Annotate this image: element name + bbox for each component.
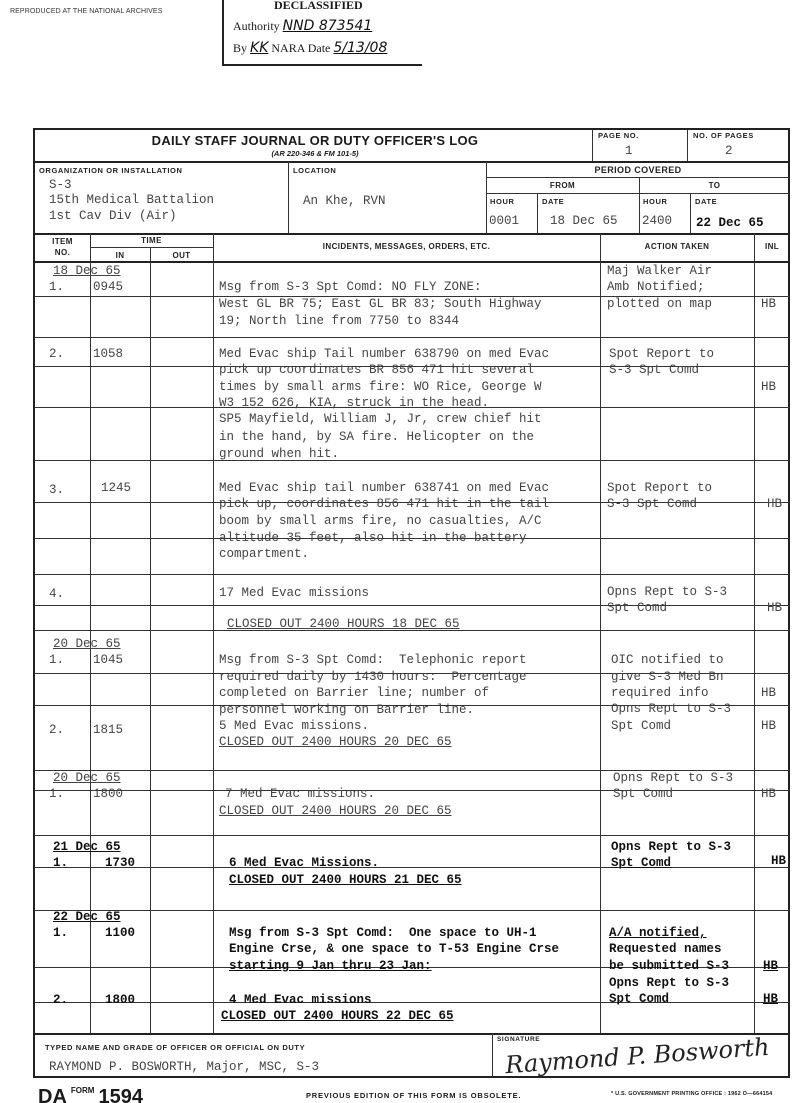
entry-text-line: West GL BR 75; East GL BR 83; South High… <box>219 296 542 313</box>
entry-text-line: 6 Med Evac Missions. <box>229 855 379 872</box>
entry-text-line: starting 9 Jan thru 23 Jan: <box>229 958 432 975</box>
entry-text-line: 5 Med Evac missions. <box>219 718 369 735</box>
entry-initials: HB <box>771 853 786 870</box>
typed-name-label: TYPED NAME AND GRADE OF OFFICER OR OFFIC… <box>45 1043 305 1052</box>
entry-text-line: Msg from S-3 Spt Comd: One space to UH-1 <box>229 925 537 942</box>
entry-time-in: 1245 <box>101 480 131 497</box>
entry-text-line: 17 Med Evac missions <box>219 585 369 602</box>
entry-date: 20 Dec 65 <box>53 636 121 653</box>
page-no-value: 1 <box>625 143 633 160</box>
entry-initials: HB <box>761 786 776 803</box>
entry-text-line: boom by small arms fire, no casualties, … <box>219 513 542 530</box>
inl-header: INL <box>754 242 790 251</box>
entry-action-line: give S-3 Med Bn <box>611 669 724 686</box>
stamp-nara-date-label: NARA Date <box>271 41 330 55</box>
from-date-value: 18 Dec 65 <box>550 213 618 230</box>
entry-text-line: altitude 35 feet, also hit in the batter… <box>219 530 527 547</box>
from-date-label: DATE <box>542 197 564 206</box>
organization-line-3: 1st Cav Div (Air) <box>49 208 177 225</box>
gpo-note: * U.S. GOVERNMENT PRINTING OFFICE : 1962… <box>611 1091 772 1097</box>
form-prefix: DA <box>38 1086 67 1103</box>
entry-initials: HB <box>761 296 776 313</box>
entry-date: 21 Dec 65 <box>53 839 121 856</box>
form-title: DAILY STAFF JOURNAL OR DUTY OFFICER'S LO… <box>35 133 595 148</box>
entry-text-line: in the hand, by SA fire. Helicopter on t… <box>219 429 534 446</box>
entry-item-no: 3. <box>49 482 64 499</box>
entry-item-no: 1. <box>53 855 68 872</box>
entry-action-line: S-3 Spt Comd <box>607 496 697 513</box>
entry-action-line: Requested names <box>609 941 722 958</box>
item-header-line1: ITEM <box>35 237 90 246</box>
entry-time-in: 0945 <box>93 279 123 296</box>
to-label: TO <box>639 181 790 190</box>
entry-text-line: pick up coordinates BR 856 471 hit sever… <box>219 362 534 379</box>
entry-action-line: Opns Rept to S-3 <box>613 770 733 787</box>
entry-action-line: Spt Comd <box>607 600 667 617</box>
signature: Raymond P. Bosworth <box>504 1033 770 1079</box>
entry-text-line: Med Evac ship Tail number 638790 on med … <box>219 346 549 363</box>
entry-text-line: Msg from S-3 Spt Comd: Telephonic report <box>219 652 527 669</box>
no-of-pages-label: NO. OF PAGES <box>693 131 754 140</box>
to-date-value: 22 Dec 65 <box>696 215 764 232</box>
from-hour-label: HOUR <box>490 197 514 206</box>
stamp-authority-line: Authority NND 873541 <box>233 18 372 34</box>
location-value: An Khe, RVN <box>303 193 386 210</box>
entry-action-line: A/A notified, <box>609 925 707 942</box>
entry-action-line: Spt Comd <box>611 855 671 872</box>
entry-initials: HB <box>767 496 782 513</box>
time-out-header: OUT <box>150 251 213 260</box>
entry-action-line: S-3 Spt Comd <box>609 362 699 379</box>
time-in-header: IN <box>90 251 150 260</box>
entry-action-line: required info <box>611 685 709 702</box>
entry-action-line: Spt Comd <box>609 991 669 1008</box>
entry-text-line: times by small arms fire: WO Rice, Georg… <box>219 379 542 396</box>
entry-action-line: Opns Rept to S-3 <box>611 839 731 856</box>
entry-date: 20 Dec 65 <box>53 770 121 787</box>
entry-action-line: Spot Report to <box>609 346 714 363</box>
entry-text-line: 4 Med Evac missions <box>229 992 372 1009</box>
entry-text-line: personnel working on Barrier line. <box>219 702 474 719</box>
entry-text-line: Engine Crse, & one space to T-53 Engine … <box>229 941 559 958</box>
typed-name-value: RAYMOND P. BOSWORTH, Major, MSC, S-3 <box>49 1059 319 1076</box>
from-hour-value: 0001 <box>489 213 519 230</box>
entry-time-in: 1730 <box>105 855 135 872</box>
entry-date: 18 Dec 65 <box>53 263 121 280</box>
entry-action-line: be submitted S-3 <box>609 958 729 975</box>
stamp-by-line: By KK NARA Date 5/13/08 <box>233 40 387 56</box>
archives-note: REPRODUCED AT THE NATIONAL ARCHIVES <box>10 8 162 15</box>
entry-closed-out: CLOSED OUT 2400 HOURS 20 DEC 65 <box>219 734 452 751</box>
no-of-pages-value: 2 <box>725 143 733 160</box>
entry-closed-out: CLOSED OUT 2400 HOURS 22 DEC 65 <box>221 1008 454 1025</box>
entry-text-line: SP5 Mayfield, William J, Jr, crew chief … <box>219 411 542 428</box>
entry-initials: HB <box>767 600 782 617</box>
entry-action-line: Amb Notified; <box>607 279 705 296</box>
entry-text-line: pick up, coordinates 856 471 hit in the … <box>219 496 549 513</box>
stamp-title: DECLASSIFIED <box>274 0 363 13</box>
entry-initials: HB <box>763 991 778 1008</box>
entry-action-line: Spt Comd <box>613 786 673 803</box>
entry-text-line: ground when hit. <box>219 446 339 463</box>
entry-item-no: 2. <box>53 992 68 1009</box>
entry-item-no: 1. <box>49 652 64 669</box>
form-number-value: 1594 <box>98 1086 143 1103</box>
entry-time-in: 1800 <box>93 786 123 803</box>
entry-action-line: Spt Comd <box>611 718 671 735</box>
entry-item-no: 1. <box>53 925 68 942</box>
entry-time-in: 1100 <box>105 925 135 942</box>
entry-action-line: OIC notified to <box>611 652 724 669</box>
entry-text-line: W3 152 626, KIA, struck in the head. <box>219 395 489 412</box>
organization-label: ORGANIZATION OR INSTALLATION <box>39 166 182 175</box>
entry-text-line: 7 Med Evac missions. <box>225 786 375 803</box>
period-covered-label: PERIOD COVERED <box>486 165 790 175</box>
entry-closed-out: CLOSED OUT 2400 HOURS 21 DEC 65 <box>229 872 462 889</box>
entry-text-line: compartment. <box>219 546 309 563</box>
obsolete-note: PREVIOUS EDITION OF THIS FORM IS OBSOLET… <box>306 1091 521 1100</box>
item-header-line2: NO. <box>35 248 90 257</box>
entry-action-line: Opns Rept to S-3 <box>607 584 727 601</box>
entry-text-line: completed on Barrier line; number of <box>219 685 489 702</box>
entry-time-in: 1058 <box>93 346 123 363</box>
stamp-authority-value: NND 873541 <box>283 18 373 34</box>
organization-line-2: 15th Medical Battalion <box>49 192 214 209</box>
entry-initials: HB <box>761 718 776 735</box>
stamp-authority-label: Authority <box>233 19 280 33</box>
entry-action-line: Opns Rept to S-3 <box>611 701 731 718</box>
entry-closed-out: CLOSED OUT 2400 HOURS 20 DEC 65 <box>219 803 452 820</box>
entry-text-line: required daily by 1430 hours: Percentage <box>219 669 527 686</box>
form-subtitle: (AR 220-346 & FM 101-5) <box>35 149 595 158</box>
action-taken-header: ACTION TAKEN <box>600 242 754 251</box>
entry-time-in: 1045 <box>93 652 123 669</box>
stamp-nara-date-value: 5/13/08 <box>333 40 387 56</box>
stamp-by-label: By <box>233 41 247 55</box>
entry-text-line: 19; North line from 7750 to 8344 <box>219 313 459 330</box>
to-hour-label: HOUR <box>643 197 667 206</box>
form-number: DAFORM1594 <box>38 1086 143 1103</box>
entry-initials: HB <box>763 958 778 975</box>
entry-date: 22 Dec 65 <box>53 909 121 926</box>
entry-item-no: 4. <box>49 586 64 603</box>
entry-action-line: Maj Walker Air <box>607 263 712 280</box>
entry-initials: HB <box>761 379 776 396</box>
entry-initials: HB <box>761 685 776 702</box>
entry-action-line: plotted on map <box>607 296 712 313</box>
entry-action-line: Opns Rept to S-3 <box>609 975 729 992</box>
entry-time-in: 1800 <box>105 992 135 1009</box>
entry-item-no: 1. <box>49 786 64 803</box>
page-no-label: PAGE NO. <box>598 131 639 140</box>
location-label: LOCATION <box>293 166 336 175</box>
entry-item-no: 1. <box>49 279 64 296</box>
entry-closed-out: CLOSED OUT 2400 HOURS 18 DEC 65 <box>227 616 460 633</box>
entry-time-in: 1815 <box>93 722 123 739</box>
to-date-label: DATE <box>695 197 717 206</box>
declassified-stamp: DECLASSIFIED Authority NND 873541 By KK … <box>222 0 422 66</box>
signature-label: SIGNATURE <box>497 1036 540 1043</box>
entry-item-no: 2. <box>49 722 64 739</box>
daily-staff-journal-form: DAILY STAFF JOURNAL OR DUTY OFFICER'S LO… <box>33 128 790 1078</box>
to-hour-value: 2400 <box>642 213 672 230</box>
entry-action-line: Spot Report to <box>607 480 712 497</box>
entry-text-line: Med Evac ship tail number 638741 on med … <box>219 480 549 497</box>
incidents-header: INCIDENTS, MESSAGES, ORDERS, ETC. <box>213 242 600 251</box>
form-word: FORM <box>71 1086 95 1095</box>
time-header: TIME <box>90 236 213 245</box>
entry-item-no: 2. <box>49 346 64 363</box>
entry-text-line: Msg from S-3 Spt Comd: NO FLY ZONE: <box>219 279 482 296</box>
from-label: FROM <box>486 181 639 190</box>
stamp-by-value: KK <box>250 40 268 56</box>
